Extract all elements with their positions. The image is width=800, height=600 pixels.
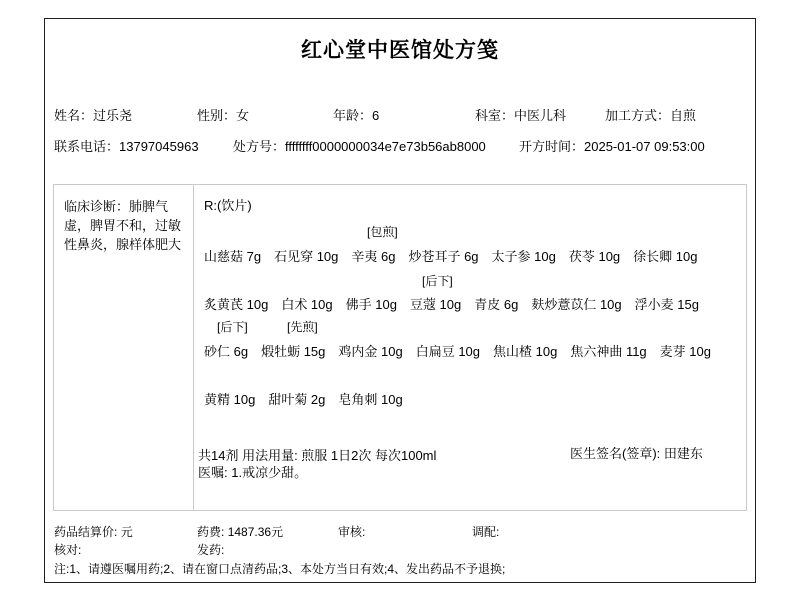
herb-entry: 青皮 6g [474,294,518,313]
field-rx-number: 处方号：ffffffff0000000034e7e73b56ab8000 [233,136,486,155]
field-phone: 联系电话：13797045963 [54,136,199,155]
herb-entry: 麦芽 10g [660,341,711,360]
field-settle-price: 药品结算价: 元 [54,523,133,540]
field-fee: 药费: 1487.36元 [197,523,283,540]
decoction-note-baojian: [包煎] [367,223,398,240]
annotation-row: [后下] [先煎] [195,318,746,333]
herb-entry: 甜叶菊 2g [268,389,325,408]
herb-line-3: 砂仁 6g煅牡蛎 15g鸡内金 10g白扁豆 10g焦山楂 10g焦六神曲 11… [204,341,742,360]
field-issue-time: 开方时间：2025-01-07 09:53:00 [519,136,705,155]
rx-number-value: ffffffff0000000034e7e73b56ab8000 [285,139,486,154]
herb-entry: 黄精 10g [204,389,255,408]
herb-entry: 焦山楂 10g [493,341,557,360]
field-age: 年龄：6 [333,105,379,124]
decoction-note-houxia: [后下] [217,318,248,335]
settle-price-label: 药品结算价: [54,525,117,539]
herb-entry: 鸡内金 10g [338,341,402,360]
herb-entry: 炙黄芪 10g [204,294,268,313]
phone-value: 13797045963 [119,139,199,154]
annotation-row: [后下] [195,272,746,287]
herb-entry: 茯苓 10g [569,246,620,265]
name-value: 过乐尧 [93,108,132,123]
department-value: 中医儿科 [514,108,566,123]
diagnosis-label: 临床诊断： [64,199,129,214]
issue-label: 发药: [197,543,224,557]
field-check: 核对: [54,541,81,558]
phone-label: 联系电话： [54,139,119,154]
advice-line: 医嘱: 1.戒凉少甜。 [198,462,307,481]
page-title: 红心堂中医馆处方笺 [45,34,755,64]
herb-line-4: 黄精 10g甜叶菊 2g皂角刺 10g [204,389,742,408]
field-issue: 发药: [197,541,224,558]
footer-note: 注:1、请遵医嘱用药;2、请在窗口点清药品;3、本处方当日有效;4、发出药品不予… [54,560,505,577]
doctor-signature: 医生签名(签章): 田建东 [570,445,722,462]
age-value: 6 [372,108,379,123]
processing-value: 自煎 [670,108,696,123]
field-department: 科室：中医儿科 [475,105,566,124]
herb-entry: 石见穿 10g [274,246,338,265]
herb-entry: 砂仁 6g [204,341,248,360]
field-name: 姓名：过乐尧 [54,105,132,124]
herb-entry: 辛夷 6g [351,246,395,265]
clinical-diagnosis: 临床诊断：肺脾气虚，脾胃不和，过敏性鼻炎，腺样体肥大 [54,185,194,510]
herb-entry: 豆蔻 10g [410,294,461,313]
herb-entry: 炒苍耳子 6g [408,246,478,265]
prescription-body: 临床诊断：肺脾气虚，脾胃不和，过敏性鼻炎，腺样体肥大 R:(饮片) [包煎] 山… [53,184,747,511]
prescription-sheet: 红心堂中医馆处方笺 姓名：过乐尧 性别：女 年龄：6 科室：中医儿科 加工方式：… [44,18,756,583]
processing-label: 加工方式： [605,108,670,123]
herb-entry: 徐长卿 10g [633,246,697,265]
doctor-name: 田建东 [664,446,703,461]
gender-label: 性别： [197,108,236,123]
department-label: 科室： [475,108,514,123]
herb-line-2: 炙黄芪 10g白术 10g佛手 10g豆蔻 10g青皮 6g麸炒薏苡仁 10g浮… [204,294,742,313]
name-label: 姓名： [54,108,93,123]
rx-number-label: 处方号： [233,139,285,154]
herb-entry: 焦六神曲 11g [570,341,646,360]
herb-entry: 山慈菇 7g [204,246,261,265]
field-dispense: 调配: [472,523,499,540]
herb-entry: 麸炒薏苡仁 10g [531,294,621,313]
settle-price-value: 元 [121,525,133,539]
dispense-label: 调配: [472,525,499,539]
herb-entry: 白扁豆 10g [416,341,480,360]
rx-header: R:(饮片) [204,195,252,214]
doctor-signature-label: 医生签名(签章): [570,446,664,461]
rx-content: R:(饮片) [包煎] 山慈菇 7g石见穿 10g辛夷 6g炒苍耳子 6g太子参… [195,185,746,510]
field-processing: 加工方式：自煎 [605,105,696,124]
herb-line-1: 山慈菇 7g石见穿 10g辛夷 6g炒苍耳子 6g太子参 10g茯苓 10g徐长… [204,246,742,265]
decoction-note-houxia: [后下] [422,272,453,289]
decoction-note-xianjian: [先煎] [287,318,318,335]
field-gender: 性别：女 [197,105,249,124]
herb-entry: 太子参 10g [492,246,556,265]
audit-label: 审核: [338,525,365,539]
fee-label: 药费: [197,525,224,539]
herb-entry: 白术 10g [281,294,332,313]
check-label: 核对: [54,543,81,557]
field-audit: 审核: [338,523,365,540]
issue-time-value: 2025-01-07 09:53:00 [584,139,705,154]
age-label: 年龄： [333,108,372,123]
annotation-row: [包煎] [195,223,746,238]
herb-entry: 煅牡蛎 15g [261,341,325,360]
herb-entry: 皂角刺 10g [338,389,402,408]
issue-time-label: 开方时间： [519,139,584,154]
herb-entry: 浮小麦 15g [635,294,699,313]
gender-value: 女 [236,108,249,123]
herb-entry: 佛手 10g [346,294,397,313]
fee-value: 1487.36元 [228,525,283,539]
